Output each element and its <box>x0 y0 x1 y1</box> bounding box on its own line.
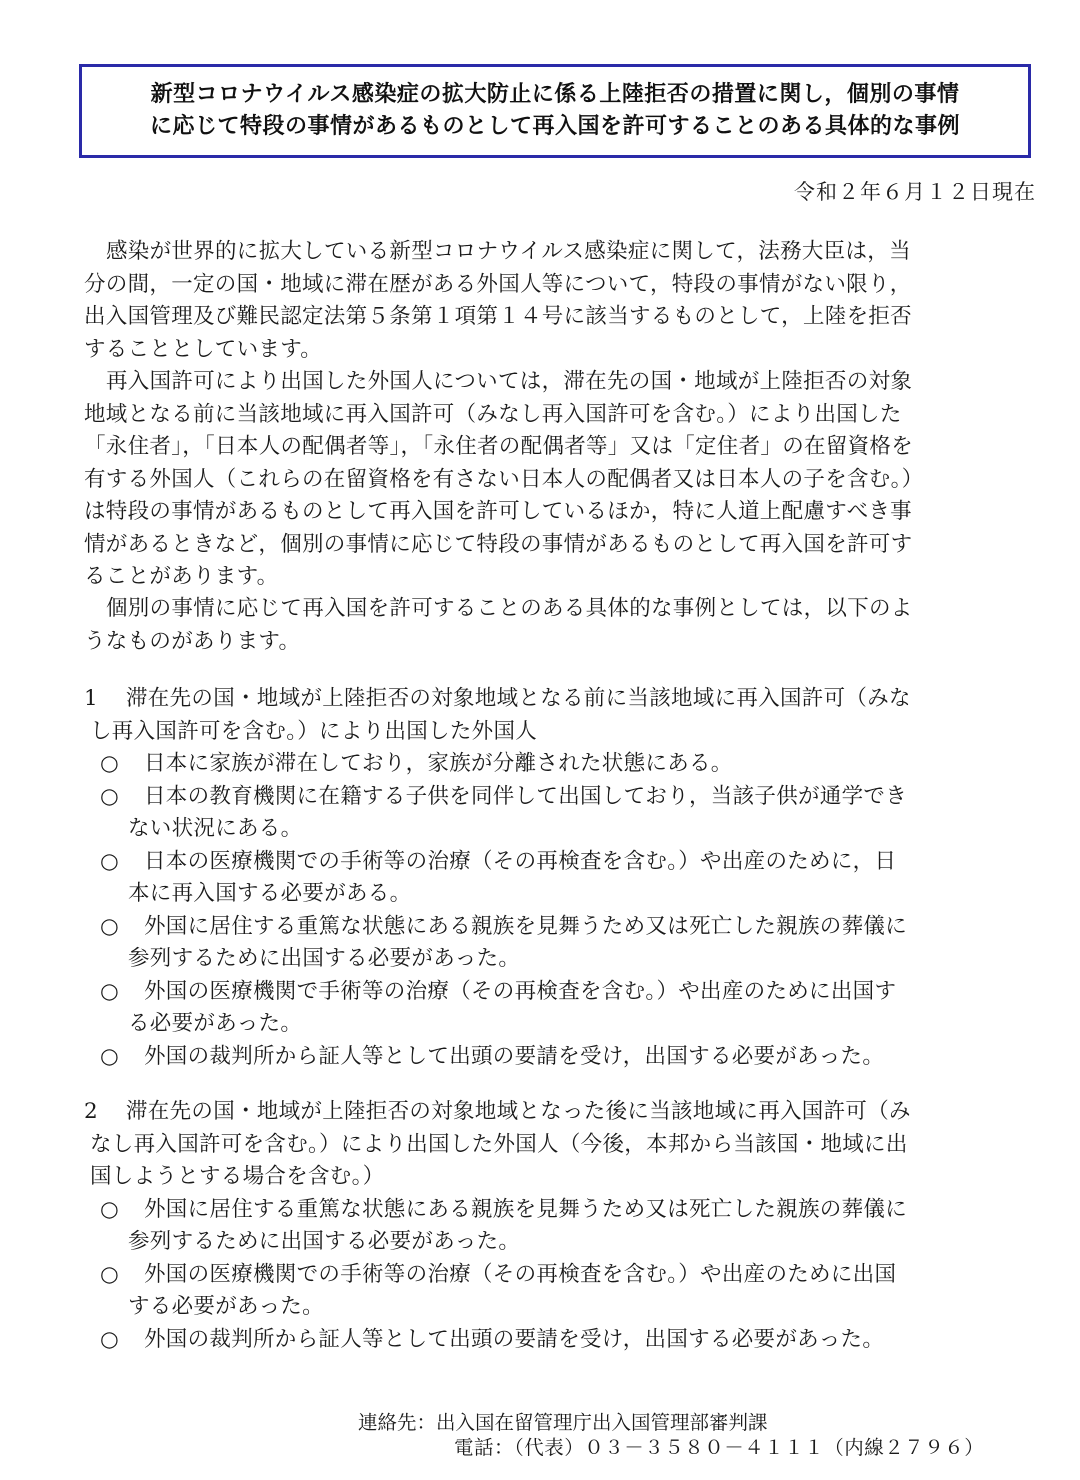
list-item-text: 参列するために出国する必要があった。 <box>84 943 1044 976</box>
circle-bullet-icon: ○ <box>100 1041 144 1074</box>
document-title-line-2: に応じて特段の事情があるものとして再入国を許可することのある具体的な事例 <box>150 111 960 143</box>
circle-bullet-icon: ○ <box>100 748 144 781</box>
list-item-text: 外国の医療機関での手術等の治療（その再検査を含む。）や出産のために出国 <box>144 1262 896 1287</box>
circle-bullet-icon: ○ <box>100 846 144 879</box>
list-item-text: 日本の教育機関に在籍する子供を同伴して出国しており，当該子供が通学でき <box>144 784 907 809</box>
list-item: ○外国の医療機関で手術等の治療（その再検査を含む。）や出産のために出国す <box>84 976 1044 1009</box>
section-2: 2滞在先の国・地域が上陸拒否の対象地域となった後に当該地域に再入国許可（み なし… <box>84 1096 1044 1356</box>
list-item-text: る必要があった。 <box>84 1008 1044 1041</box>
contact-info: 連絡先：出入国在留管理庁出入国管理部審判課 電話：（代表）０３－３５８０－４１１… <box>358 1410 984 1460</box>
list-item-text: する必要があった。 <box>84 1291 1044 1324</box>
section-heading-text: し再入国許可を含む。）により出国した外国人 <box>84 716 1044 749</box>
list-item-text: 外国の医療機関で手術等の治療（その再検査を含む。）や出産のために出国す <box>144 979 896 1004</box>
as-of-date: 令和２年６月１２日現在 <box>794 176 1036 206</box>
list-item: ○外国の裁判所から証人等として出頭の要請を受け，出国する必要があった。 <box>84 1041 1044 1074</box>
list-item-text: 外国に居住する重篤な状態にある親族を見舞うため又は死亡した親族の葬儀に <box>144 914 907 939</box>
text-line: 有する外国人（これらの在留資格を有さない日本人の配偶者又は日本人の子を含む。） <box>84 464 1044 497</box>
list-item: ○外国に居住する重篤な状態にある親族を見舞うため又は死亡した親族の葬儀に <box>84 1194 1044 1227</box>
circle-bullet-icon: ○ <box>100 781 144 814</box>
text-line: 「永住者」，「日本人の配偶者等」，「永住者の配偶者等」又は「定住者」の在留資格を <box>84 431 1044 464</box>
section-heading-text: 国しようとする場合を含む。） <box>84 1161 1044 1194</box>
list-item-text: 外国の裁判所から証人等として出頭の要請を受け，出国する必要があった。 <box>144 1044 884 1069</box>
section-heading-text: 滞在先の国・地域が上陸拒否の対象地域となった後に当該地域に再入国許可（み <box>126 1099 911 1124</box>
list-item-text: 日本に家族が滞在しており，家族が分離された状態にある。 <box>144 751 733 776</box>
contact-department: 連絡先：出入国在留管理庁出入国管理部審判課 <box>358 1410 984 1435</box>
text-line: ることがあります。 <box>84 561 1044 594</box>
list-item-text: 本に再入国する必要がある。 <box>84 878 1044 911</box>
section-heading-text: 滞在先の国・地域が上陸拒否の対象地域となる前に当該地域に再入国許可（みな <box>126 686 911 711</box>
list-item: ○外国の裁判所から証人等として出頭の要請を受け，出国する必要があった。 <box>84 1324 1044 1357</box>
section-2-heading: 2滞在先の国・地域が上陸拒否の対象地域となった後に当該地域に再入国許可（み <box>84 1096 1044 1129</box>
text-line: は特段の事情があるものとして再入国を許可しているほか，特に人道上配慮すべき事 <box>84 496 1044 529</box>
text-line: 再入国許可により出国した外国人については，滞在先の国・地域が上陸拒否の対象 <box>84 366 1044 399</box>
intro-paragraph-2: 再入国許可により出国した外国人については，滞在先の国・地域が上陸拒否の対象 地域… <box>84 366 1044 594</box>
text-line: することとしています。 <box>84 334 1044 367</box>
list-item: ○外国に居住する重篤な状態にある親族を見舞うため又は死亡した親族の葬儀に <box>84 911 1044 944</box>
text-line: 感染が世界的に拡大している新型コロナウイルス感染症に関して，法務大臣は，当 <box>84 236 1044 269</box>
section-number: 1 <box>84 683 126 716</box>
section-1: 1滞在先の国・地域が上陸拒否の対象地域となる前に当該地域に再入国許可（みな し再… <box>84 683 1044 1073</box>
section-1-heading: 1滞在先の国・地域が上陸拒否の対象地域となる前に当該地域に再入国許可（みな <box>84 683 1044 716</box>
list-item-text: 日本の医療機関での手術等の治療（その再検査を含む。）や出産のために，日 <box>144 849 896 874</box>
text-line: 地域となる前に当該地域に再入国許可（みなし再入国許可を含む。）により出国した <box>84 399 1044 432</box>
list-item-text: ない状況にある。 <box>84 813 1044 846</box>
text-line: 出入国管理及び難民認定法第５条第１項第１４号に該当するものとして，上陸を拒否 <box>84 301 1044 334</box>
list-item: ○日本の教育機関に在籍する子供を同伴して出国しており，当該子供が通学でき <box>84 781 1044 814</box>
text-line: 情があるときなど，個別の事情に応じて特段の事情があるものとして再入国を許可す <box>84 529 1044 562</box>
intro-paragraph-3: 個別の事情に応じて再入国を許可することのある具体的な事例としては，以下のよ うな… <box>84 593 1044 658</box>
intro-paragraph-1: 感染が世界的に拡大している新型コロナウイルス感染症に関して，法務大臣は，当 分の… <box>84 236 1044 366</box>
list-item: ○外国の医療機関での手術等の治療（その再検査を含む。）や出産のために出国 <box>84 1259 1044 1292</box>
list-item-text: 外国に居住する重篤な状態にある親族を見舞うため又は死亡した親族の葬儀に <box>144 1197 907 1222</box>
circle-bullet-icon: ○ <box>100 976 144 1009</box>
list-item: ○日本に家族が滞在しており，家族が分離された状態にある。 <box>84 748 1044 781</box>
document-title-box: 新型コロナウイルス感染症の拡大防止に係る上陸拒否の措置に関し，個別の事情 に応じ… <box>79 64 1031 158</box>
section-number: 2 <box>84 1096 126 1129</box>
list-item-text: 参列するために出国する必要があった。 <box>84 1226 1044 1259</box>
circle-bullet-icon: ○ <box>100 911 144 944</box>
list-item-text: 外国の裁判所から証人等として出頭の要請を受け，出国する必要があった。 <box>144 1327 884 1352</box>
document-title-line-1: 新型コロナウイルス感染症の拡大防止に係る上陸拒否の措置に関し，個別の事情 <box>151 79 960 111</box>
text-line: 分の間，一定の国・地域に滞在歴がある外国人等について，特段の事情がない限り， <box>84 269 1044 302</box>
text-line: 個別の事情に応じて再入国を許可することのある具体的な事例としては，以下のよ <box>84 593 1044 626</box>
circle-bullet-icon: ○ <box>100 1194 144 1227</box>
section-heading-text: なし再入国許可を含む。）により出国した外国人（今後，本邦から当該国・地域に出 <box>84 1129 1044 1162</box>
list-item: ○日本の医療機関での手術等の治療（その再検査を含む。）や出産のために，日 <box>84 846 1044 879</box>
circle-bullet-icon: ○ <box>100 1259 144 1292</box>
circle-bullet-icon: ○ <box>100 1324 144 1357</box>
contact-phone: 電話：（代表）０３－３５８０－４１１１（内線２７９６） <box>358 1435 984 1460</box>
text-line: うなものがあります。 <box>84 626 1044 659</box>
